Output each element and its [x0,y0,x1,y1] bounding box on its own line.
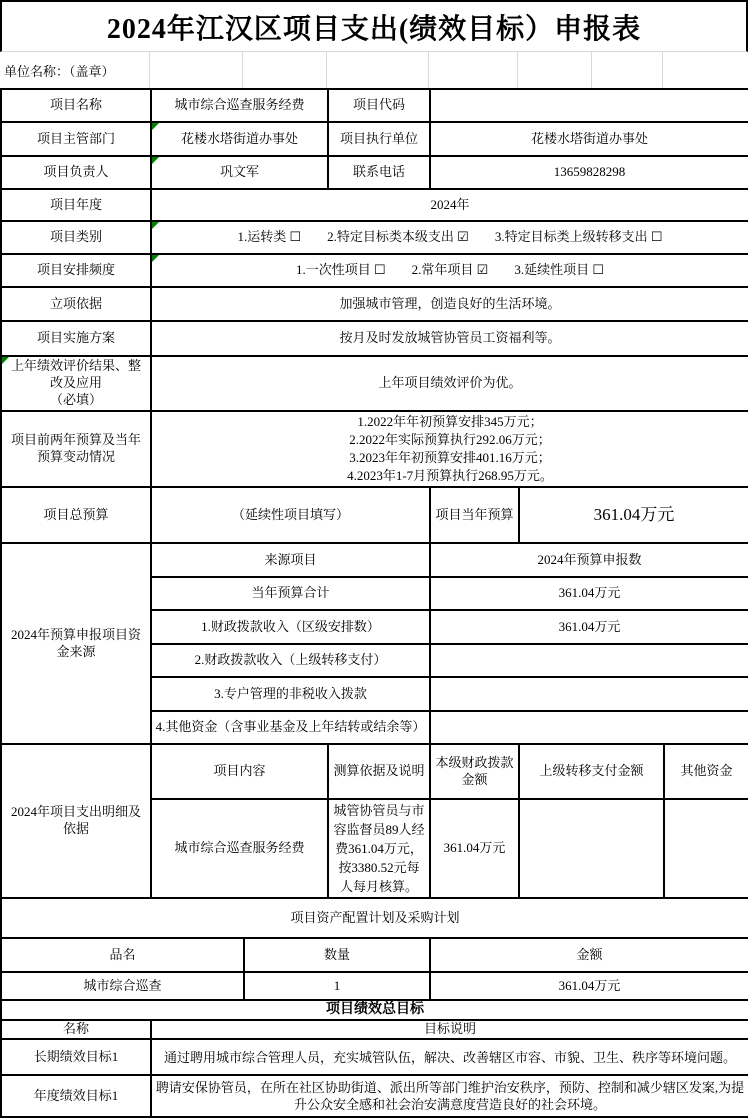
dept-value[interactable]: 花楼水塔街道办事处 [151,122,328,156]
checkbox-option[interactable]: 1.运转类 ☐ [238,229,302,244]
project-code-label: 项目代码 [328,89,430,122]
form-table: 项目名称 城市综合巡查服务经费 项目代码 项目主管部门 花楼水塔街道办事处 项目… [0,88,748,1118]
funding-row-value[interactable] [430,711,748,744]
performance-row-name: 长期绩效目标1 [1,1039,151,1075]
funding-row-name: 3.专户管理的非税收入拨款 [151,677,430,711]
phone-label: 联系电话 [328,156,430,189]
asset-row-name[interactable]: 城市综合巡查 [1,972,244,1000]
funding-header-name: 来源项目 [151,543,430,577]
plan-value[interactable]: 按月及时发放城管协管员工资福利等。 [151,321,748,356]
frequency-options: 1.一次性项目 ☐2.常年项目 ☑3.延续性项目 ☐ [151,254,748,287]
asset-row-amount[interactable]: 361.04万元 [430,972,748,1000]
leader-value[interactable]: 巩文军 [151,156,328,189]
funding-row-name: 1.财政拨款收入（区级安排数） [151,610,430,644]
performance-name-header: 名称 [1,1020,151,1039]
funding-row-name: 当年预算合计 [151,577,430,610]
performance-row-desc[interactable]: 通过聘用城市综合管理人员，充实城管队伍，解决、改善辖区市容、市貌、卫生、秩序等环… [151,1039,748,1075]
project-name-label: 项目名称 [1,89,151,122]
expenditure-content-value[interactable]: 城市综合巡查服务经费 [151,799,328,898]
funding-source-label: 2024年预算申报项目资 金来源 [1,543,151,744]
grid-cell [150,52,243,88]
performance-row-name: 年度绩效目标1 [1,1075,151,1117]
asset-header-name: 品名 [1,938,244,972]
funding-header-value: 2024年预算申报数 [430,543,748,577]
current-budget-value[interactable]: 361.04万元 [519,487,748,543]
expenditure-header-local: 本级财政拨款金额 [430,744,519,799]
project-name-value[interactable]: 城市综合巡查服务经费 [151,89,328,122]
year-value[interactable]: 2024年 [151,189,748,221]
funding-row-value[interactable] [430,677,748,711]
total-budget-note[interactable]: （延续性项目填写） [151,487,430,543]
funding-row-value[interactable] [430,644,748,677]
prev-eval-value[interactable]: 上年项目绩效评价为优。 [151,356,748,411]
performance-title: 项目绩效总目标 [1,1000,748,1020]
category-options: 1.运转类 ☐2.特定目标类本级支出 ☑3.特定目标类上级转移支出 ☐ [151,221,748,254]
plan-label: 项目实施方案 [1,321,151,356]
expenditure-local-value[interactable]: 361.04万元 [430,799,519,898]
unit-name-row: 单位名称：（盖章） [0,52,748,88]
checkbox-option[interactable]: 3.特定目标类上级转移支出 ☐ [495,229,663,244]
expenditure-other-value[interactable] [664,799,748,898]
asset-header-qty: 数量 [244,938,430,972]
performance-row-desc[interactable]: 聘请安保协管员，在所在社区协助街道、派出所等部门维护治安秩序，预防、控制和减少辖… [151,1075,748,1117]
grid-cell [592,52,663,88]
grid-cell [518,52,592,88]
grid-cell [429,52,518,88]
checkbox-option[interactable]: 2.特定目标类本级支出 ☑ [327,229,469,244]
dept-label: 项目主管部门 [1,122,151,156]
expenditure-header-basis: 测算依据及说明 [328,744,430,799]
expenditure-header-content: 项目内容 [151,744,328,799]
unit-name-label: 单位名称：（盖章） [0,52,150,88]
basis-label: 立项依据 [1,287,151,321]
category-label: 项目类别 [1,221,151,254]
category-checkbox-group: 1.运转类 ☐2.特定目标类本级支出 ☑3.特定目标类上级转移支出 ☐ [225,229,676,246]
funding-row-name: 2.财政拨款收入（上级转移支付） [151,644,430,677]
asset-header-amount: 金额 [430,938,748,972]
grid-cell [243,52,327,88]
checkbox-option[interactable]: 1.一次性项目 ☐ [296,262,386,277]
prev-budget-value[interactable]: 1.2022年年初预算安排345万元； 2.2022年实际预算执行292.06万… [151,411,748,487]
expenditure-label: 2024年项目支出明细及 依据 [1,744,151,898]
frequency-label: 项目安排频度 [1,254,151,287]
funding-row-name: 4.其他资金（含事业基金及上年结转或结余等） [151,711,430,744]
project-code-value[interactable] [430,89,748,122]
funding-row-value[interactable]: 361.04万元 [430,577,748,610]
expenditure-header-transfer: 上级转移支付金额 [519,744,664,799]
phone-value[interactable]: 13659828298 [430,156,748,189]
asset-row-qty[interactable]: 1 [244,972,430,1000]
leader-label: 项目负责人 [1,156,151,189]
performance-desc-header: 目标说明 [151,1020,748,1039]
declaration-form: 2024年江汉区项目支出(绩效目标）申报表 单位名称：（盖章） 项目名称 城市综… [0,0,748,1108]
expenditure-basis-value[interactable]: 城管协管员与市容监督员89人经费361.04万元，按3380.52元每人每月核算… [328,799,430,898]
checkbox-option[interactable]: 3.延续性项目 ☐ [514,262,604,277]
asset-plan-title: 项目资产配置计划及采购计划 [1,898,748,938]
prev-eval-label: 上年绩效评价结果、整改及应用 （必填） [1,356,151,411]
form-title: 2024年江汉区项目支出(绩效目标）申报表 [0,0,748,52]
grid-cell [663,52,748,88]
prev-budget-label: 项目前两年预算及当年 预算变动情况 [1,411,151,487]
exec-unit-value[interactable]: 花楼水塔街道办事处 [430,122,748,156]
frequency-checkbox-group: 1.一次性项目 ☐2.常年项目 ☑3.延续性项目 ☐ [283,262,617,279]
grid-cell [327,52,429,88]
exec-unit-label: 项目执行单位 [328,122,430,156]
expenditure-header-other: 其他资金 [664,744,748,799]
basis-value[interactable]: 加强城市管理，创造良好的生活环境。 [151,287,748,321]
checkbox-option[interactable]: 2.常年项目 ☑ [412,262,489,277]
year-label: 项目年度 [1,189,151,221]
funding-row-value[interactable]: 361.04万元 [430,610,748,644]
total-budget-label: 项目总预算 [1,487,151,543]
expenditure-transfer-value[interactable] [519,799,664,898]
current-budget-label: 项目当年预算 [430,487,519,543]
